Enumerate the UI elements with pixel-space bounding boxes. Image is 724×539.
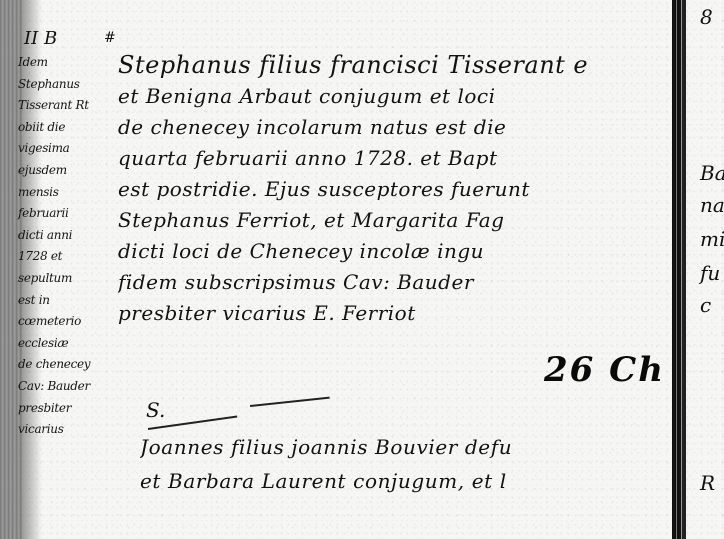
entry-number-mark: II B (24, 28, 57, 49)
entry-line: quarta februarii anno 1728. et Bapt (118, 143, 678, 174)
margin-line: de chenecey (18, 354, 128, 376)
page-number-value: 26 (544, 350, 595, 390)
facing-page-fragments: 8 Ba na mi fu c R (696, 0, 724, 539)
baptism-entry-stephanus: Stephanus filius francisci Tisserant e e… (118, 50, 678, 329)
page-gutter (672, 0, 686, 539)
margin-line: Stephanus (18, 74, 128, 96)
entry-line: est postridie. Ejus susceptores fuerunt (118, 174, 678, 205)
margin-line: vigesima (18, 138, 128, 160)
signature-mark: S. (146, 398, 165, 422)
margin-line: februarii (18, 203, 128, 225)
margin-line: presbiter (18, 398, 128, 420)
entry-line: dicti loci de Chenecey incolæ ingu (118, 236, 678, 267)
entry-line: Stephanus filius francisci Tisserant e (118, 50, 678, 81)
fragment: mi (700, 224, 724, 255)
margin-line: est in (18, 290, 128, 312)
entry-line: Stephanus Ferriot, et Margarita Fag (118, 205, 678, 236)
entry-line: et Benigna Arbaut conjugum et loci (118, 81, 678, 112)
margin-line: Tisserant Rt (18, 95, 128, 117)
entry-line: fidem subscripsimus Cav: Bauder (118, 267, 678, 298)
margin-line: vicarius (18, 419, 128, 441)
margin-line: 1728 et (18, 246, 128, 268)
entry-line: presbiter vicarius E. Ferriot (118, 298, 678, 329)
margin-line: Cav: Bauder (18, 376, 128, 398)
fragment: Ba (700, 158, 724, 189)
entry-line: Joannes filius joannis Bouvier defu (140, 430, 680, 464)
margin-line: cœmeterio (18, 311, 128, 333)
margin-line: ejusdem (18, 160, 128, 182)
page-number-suffix: Ch (609, 350, 665, 390)
margin-line: ecclesiæ (18, 333, 128, 355)
document-page: II B # Idem Stephanus Tisserant Rt obiit… (0, 0, 724, 539)
margin-line: obiit die (18, 117, 128, 139)
margin-line: mensis (18, 182, 128, 204)
hash-mark: # (104, 30, 116, 46)
entry-line: et Barbara Laurent conjugum, et l (140, 464, 680, 498)
fragment: fu (700, 258, 720, 289)
fragment: na (700, 190, 724, 221)
separator-stroke (250, 397, 330, 407)
margin-line: sepultum (18, 268, 128, 290)
fragment: R (700, 468, 715, 499)
margin-line: Idem (18, 52, 128, 74)
baptism-entry-joannes: Joannes filius joannis Bouvier defu et B… (140, 430, 680, 498)
margin-line: dicti anni (18, 225, 128, 247)
fragment: c (700, 290, 711, 321)
entry-line: de chenecey incolarum natus est die (118, 112, 678, 143)
margin-burial-note: Idem Stephanus Tisserant Rt obiit die vi… (18, 52, 128, 441)
page-number: 26 Ch (544, 350, 665, 390)
fragment: 8 (700, 2, 713, 33)
